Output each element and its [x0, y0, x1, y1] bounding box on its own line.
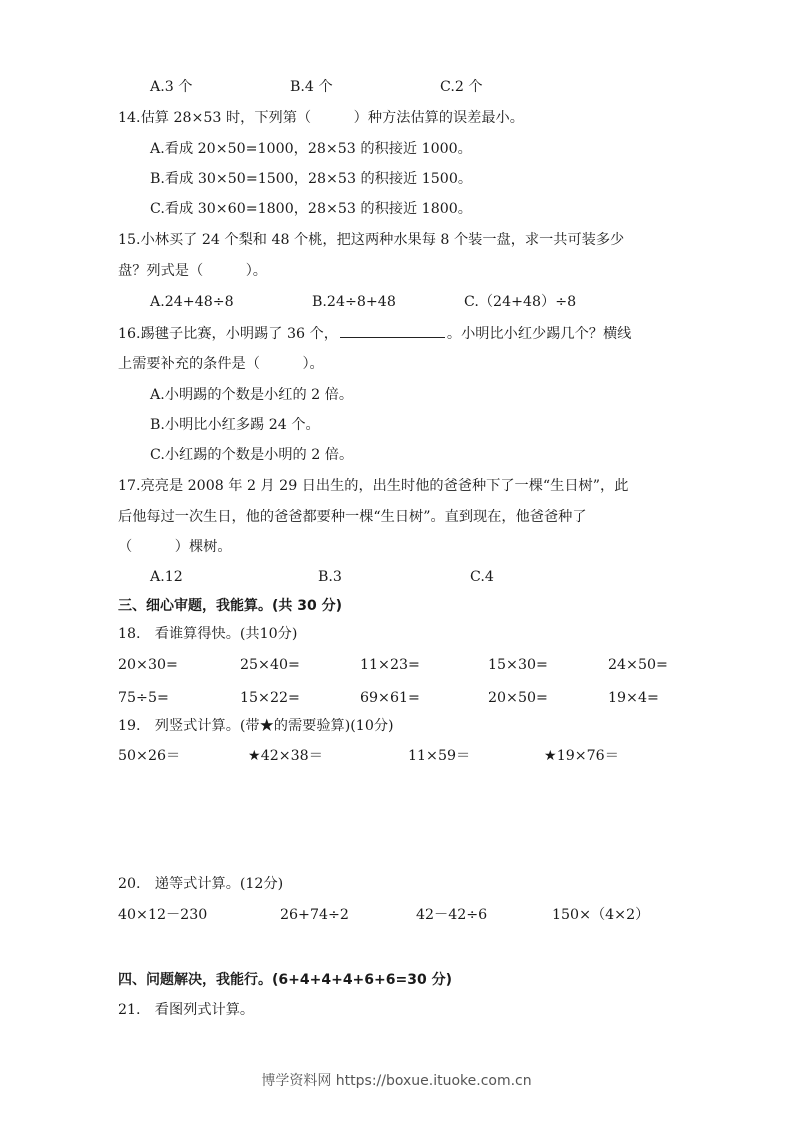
- q15-option-c: C.（24+48）÷8: [464, 292, 576, 312]
- footer-watermark: 博学资料网 https://boxue.ituoke.com.cn: [0, 1070, 793, 1090]
- q17-option-c: C.4: [470, 567, 494, 587]
- q14-stem: 14.估算 28×53 时，下列第（ ）种方法估算的误差最小。: [118, 108, 524, 128]
- q20-title: 20. 递等式计算。(12分): [118, 874, 283, 894]
- q19-item: ★42×38＝: [248, 746, 323, 766]
- q20-item: 40×12－230: [118, 905, 207, 925]
- q13-option-a: A.3 个: [150, 77, 192, 97]
- q15-stem-line2: 盘？列式是（ ）。: [118, 261, 267, 281]
- section4-title: 四、问题解决，我能行。(6+4+4+4+6+6=30 分): [118, 970, 452, 990]
- q17-option-b: B.3: [318, 567, 342, 587]
- q16-stem-after: 。小明比小红少踢几个？横线: [447, 326, 631, 342]
- q18-item: 75÷5=: [118, 688, 169, 708]
- q16-answer-blank[interactable]: [340, 323, 445, 338]
- q15-option-b: B.24÷8+48: [312, 292, 396, 312]
- q14-option-c: C.看成 30×60=1800，28×53 的积接近 1800。: [150, 199, 472, 219]
- q16-option-c: C.小红踢的个数是小明的 2 倍。: [150, 445, 353, 465]
- q16-option-b: B.小明比小红多踢 24 个。: [150, 415, 320, 435]
- q13-option-b: B.4 个: [290, 77, 333, 97]
- q18-item: 19×4=: [608, 688, 659, 708]
- q15-stem-line1: 15.小林买了 24 个梨和 48 个桃，把这两种水果每 8 个装一盘，求一共可…: [118, 230, 624, 250]
- q19-title: 19. 列竖式计算。(带★的需要验算)(10分): [118, 716, 394, 736]
- q18-item: 69×61=: [360, 688, 420, 708]
- q15-option-a: A.24+48÷8: [150, 292, 234, 312]
- q17-stem-line3: （ ）棵树。: [118, 537, 232, 557]
- q18-item: 11×23=: [360, 655, 420, 675]
- q20-item: 42－42÷6: [416, 905, 487, 925]
- q19-item: ★19×76＝: [544, 746, 619, 766]
- section3-title: 三、细心审题，我能算。(共 30 分): [118, 596, 342, 616]
- q18-item: 20×50=: [488, 688, 548, 708]
- q17-stem-line1: 17.亮亮是 2008 年 2 月 29 日出生的，出生时他的爸爸种下了一棵“生…: [118, 476, 628, 496]
- q20-item: 150×（4×2）: [552, 905, 649, 925]
- q14-option-a: A.看成 20×50=1000，28×53 的积接近 1000。: [150, 139, 472, 159]
- q19-item: 11×59＝: [408, 746, 470, 766]
- q18-item: 15×22=: [240, 688, 300, 708]
- q19-item: 50×26＝: [118, 746, 180, 766]
- q17-option-a: A.12: [150, 567, 183, 587]
- q18-item: 24×50=: [608, 655, 668, 675]
- q14-option-b: B.看成 30×50=1500，28×53 的积接近 1500。: [150, 169, 472, 189]
- q18-item: 20×30=: [118, 655, 178, 675]
- q18-item: 15×30=: [488, 655, 548, 675]
- q16-stem-before: 16.踢毽子比赛，小明踢了 36 个，: [118, 326, 338, 342]
- q16-stem-line2: 上需要补充的条件是（ ）。: [118, 354, 324, 374]
- q20-item: 26+74÷2: [280, 905, 349, 925]
- q21-title: 21. 看图列式计算。: [118, 1000, 254, 1020]
- q13-option-c: C.2 个: [440, 77, 483, 97]
- q16-stem-line1: 16.踢毽子比赛，小明踢了 36 个，。小明比小红少踢几个？横线: [118, 323, 631, 344]
- q17-stem-line2: 后他每过一次生日，他的爸爸都要种一棵“生日树”。直到现在，他爸爸种了: [118, 507, 587, 527]
- q16-option-a: A.小明踢的个数是小红的 2 倍。: [150, 385, 353, 405]
- q18-item: 25×40=: [240, 655, 300, 675]
- q18-title: 18. 看谁算得快。(共10分): [118, 624, 297, 644]
